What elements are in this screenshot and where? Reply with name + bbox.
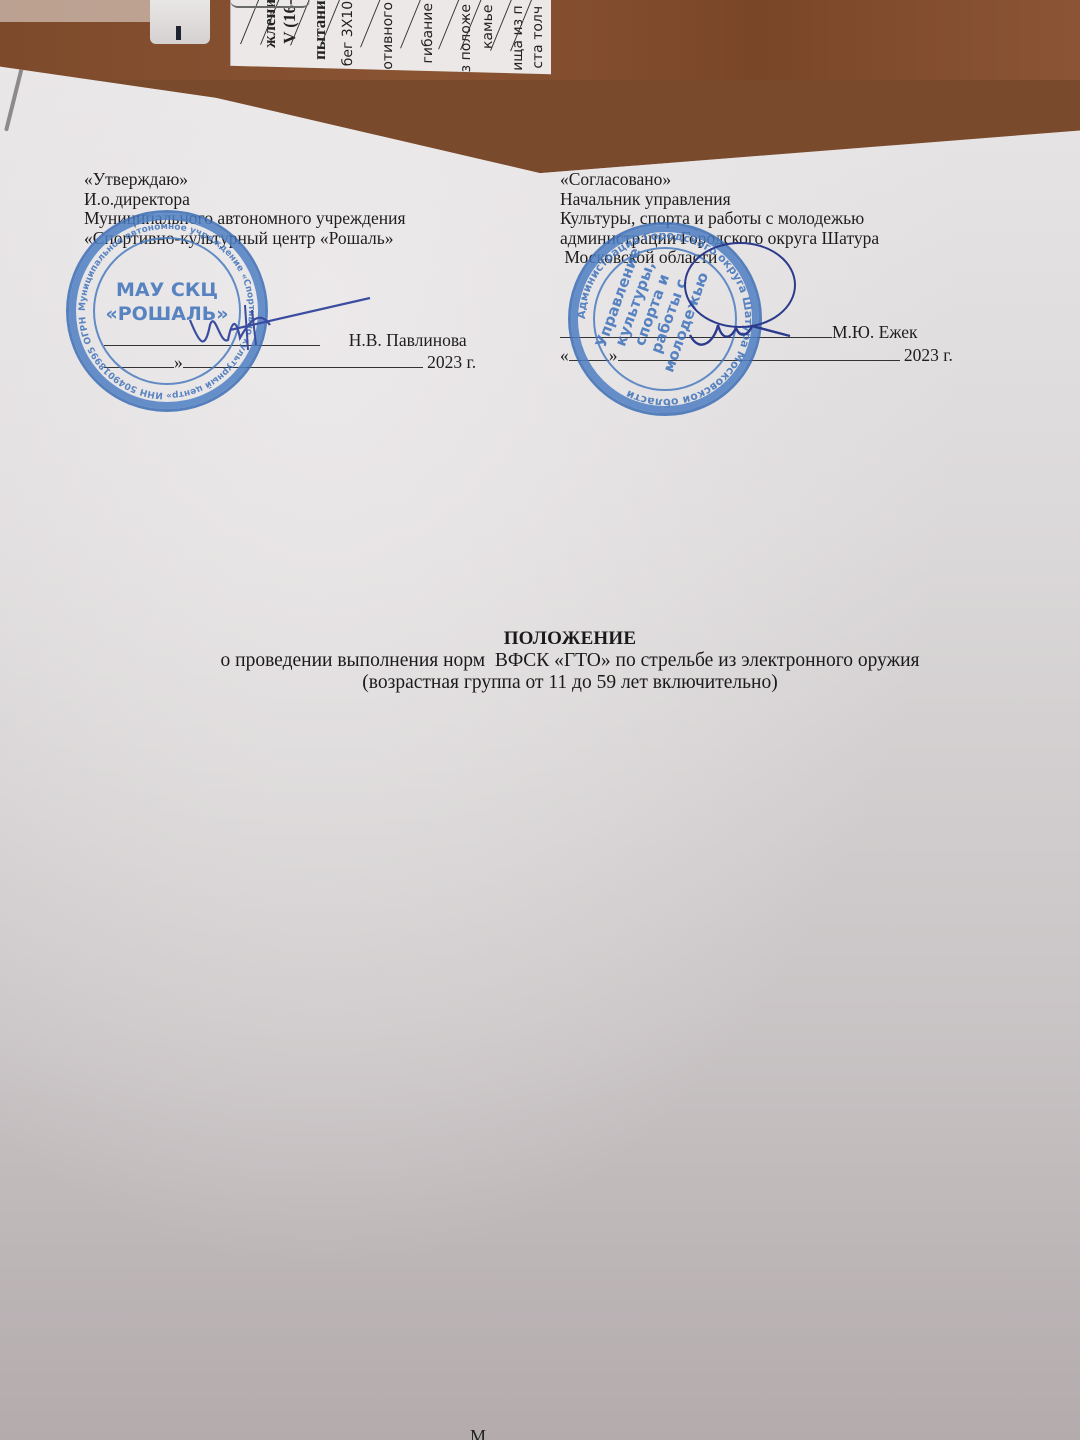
date-open-quote: «	[560, 345, 569, 365]
background-object	[0, 0, 150, 22]
document-title: ПОЛОЖЕНИЕ	[0, 628, 1080, 650]
background-table-text: гибание	[421, 3, 435, 64]
signature-left	[170, 290, 400, 360]
document-age-group: (возрастная группа от 11 до 59 лет включ…	[0, 672, 1080, 694]
approval-heading: «Согласовано»	[560, 170, 1000, 190]
pen-tip	[176, 26, 181, 40]
document-subtitle: о проведении выполнения норм ВФСК «ГТО» …	[0, 650, 1080, 672]
paper-clip	[230, 0, 310, 8]
background-table-text: бег 3Х10	[341, 1, 355, 67]
approval-line: И.о.директора	[84, 190, 514, 210]
approval-heading: «Утверждаю»	[84, 170, 514, 190]
background-sheet: жлениV (16-пытанибег 3Х10отивногогибание…	[230, 0, 551, 74]
approval-line: Начальник управления	[560, 190, 1000, 210]
signature-right	[640, 240, 810, 360]
signer-name: М.Ю. Ежек	[832, 322, 918, 342]
staple	[4, 66, 24, 131]
background-table-text: ища из п	[511, 5, 525, 71]
background-table-text: отивного	[381, 2, 395, 70]
background-table-text: з положе	[459, 4, 473, 73]
date-year: 2023 г.	[904, 345, 953, 365]
document-title-block: ПОЛОЖЕНИЕ о проведении выполнения норм В…	[0, 628, 1080, 694]
date-year: 2023 г.	[427, 352, 476, 372]
page-text-fragment: М	[470, 1426, 486, 1440]
background-table-text: ста толч	[531, 6, 545, 69]
